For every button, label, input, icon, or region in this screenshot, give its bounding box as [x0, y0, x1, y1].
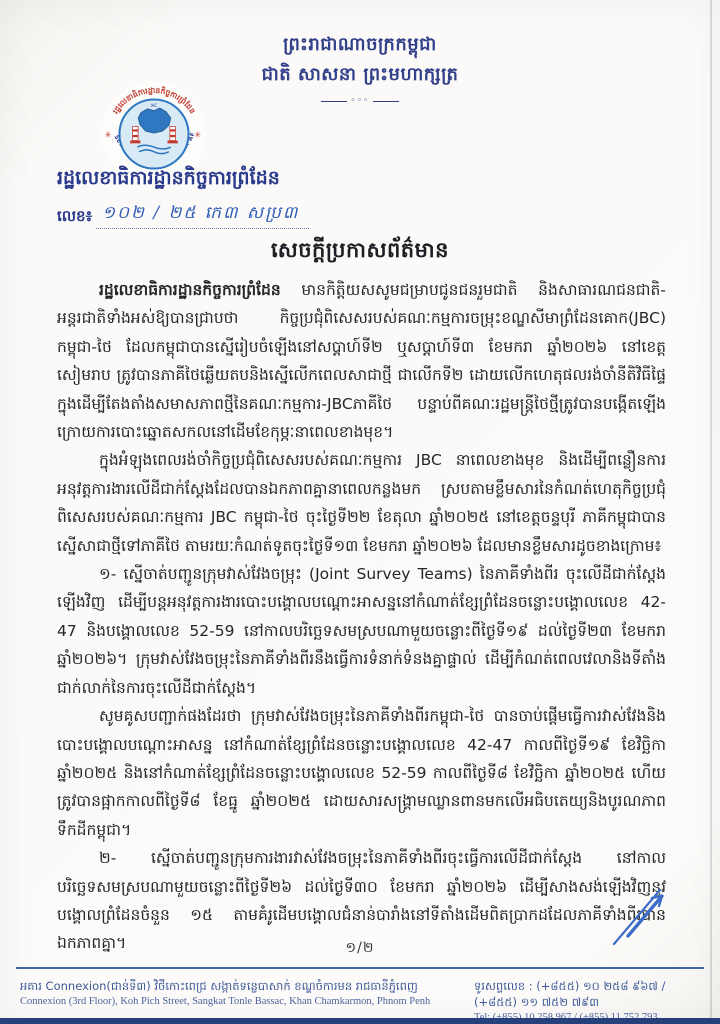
bottom-navy-bar — [0, 1018, 720, 1024]
scanned-press-release-page: ព្រះរាជាណាចក្រកម្ពុជា ជាតិ សាសនា ព្រះមហា… — [0, 0, 720, 1024]
footer-address-khmer: អគារ Connexion(ជាន់ទី៣) វិថីកោះពេជ្រ សង្… — [20, 978, 460, 994]
document-body: រដ្ឋលេខាធិការដ្ឋានកិច្ចការព្រំដែន មានកិត… — [57, 276, 666, 958]
paragraph-1-text: មានកិត្តិយសសូមជម្រាបជូនជនរួមជាតិ និងសាធា… — [57, 281, 666, 441]
seal-star-left-icon: ✳ — [105, 130, 112, 140]
reference-number-handwritten: ១០២ / ២៥ កេ៣ សប្រ៣ — [96, 202, 309, 229]
footer-divider-line — [16, 967, 704, 969]
seal-center-top-text: IAC — [151, 103, 158, 108]
paragraph-1-lead: រដ្ឋលេខាធិការដ្ឋានកិច្ចការព្រំដែន — [99, 281, 281, 299]
organization-name: រដ្ឋលេខាធិការដ្ឋានកិច្ចការព្រំដែន — [57, 166, 477, 194]
paragraph-1: រដ្ឋលេខាធិការដ្ឋានកិច្ចការព្រំដែន មានកិត… — [57, 276, 666, 446]
kingdom-motto-line1: ព្រះរាជាណាចក្រកម្ពុជា — [0, 30, 720, 60]
letterhead-block: រដ្ឋលេខាធិការដ្ឋានកិច្ចការព្រំដែន លេខ៖ ១… — [57, 166, 477, 229]
seal-star-right-icon: ✳ — [194, 130, 201, 140]
scan-edge-artifact — [710, 0, 712, 1024]
paragraph-2-text: ក្នុងអំឡុងពេលរង់ចាំកិច្ចប្រជុំពិសេសរបស់គ… — [57, 451, 666, 554]
paragraph-3-text: ១- ស្នើចាត់បញ្ជូនក្រុមវាស់វែងចម្រុះ (Joi… — [57, 565, 666, 697]
footer-phone-khmer: ទូរសព្ទលេខ : (+៨៥៥) ១០ ២៥៨ ៩៦៧ / (+៨៥៥) … — [474, 978, 704, 1010]
paragraph-5-text: ២- ស្នើចាត់បញ្ជូនក្រុមការងារវាស់វែងចម្រុ… — [57, 849, 666, 952]
paragraph-4-text: សូមគូសបញ្ជាក់ផងដែរថា ក្រុមវាស់វែងចម្រុះន… — [57, 707, 666, 839]
footer-address-english: Connexion (3rd Floor), Koh Pich Street, … — [20, 994, 460, 1009]
ornament-rule-left — [321, 101, 347, 102]
paragraph-3-item-1: ១- ស្នើចាត់បញ្ជូនក្រុមវាស់វែងចម្រុះ (Joi… — [57, 560, 666, 702]
reference-line: លេខ៖ ១០២ / ២៥ កេ៣ សប្រ៣ — [57, 202, 477, 229]
reference-label: លេខ៖ — [57, 207, 92, 229]
document-title: សេចក្តីប្រកាសព័ត៌មាន — [0, 237, 720, 268]
ornament-rule-right — [373, 101, 399, 102]
ornament-dots: ◦◦◦ — [351, 96, 370, 106]
page-number: ១/២ — [0, 938, 720, 959]
paragraph-4: សូមគូសបញ្ជាក់ផងដែរថា ក្រុមវាស់វែងចម្រុះន… — [57, 702, 666, 844]
paragraph-2: ក្នុងអំឡុងពេលរង់ចាំកិច្ចប្រជុំពិសេសរបស់គ… — [57, 446, 666, 560]
